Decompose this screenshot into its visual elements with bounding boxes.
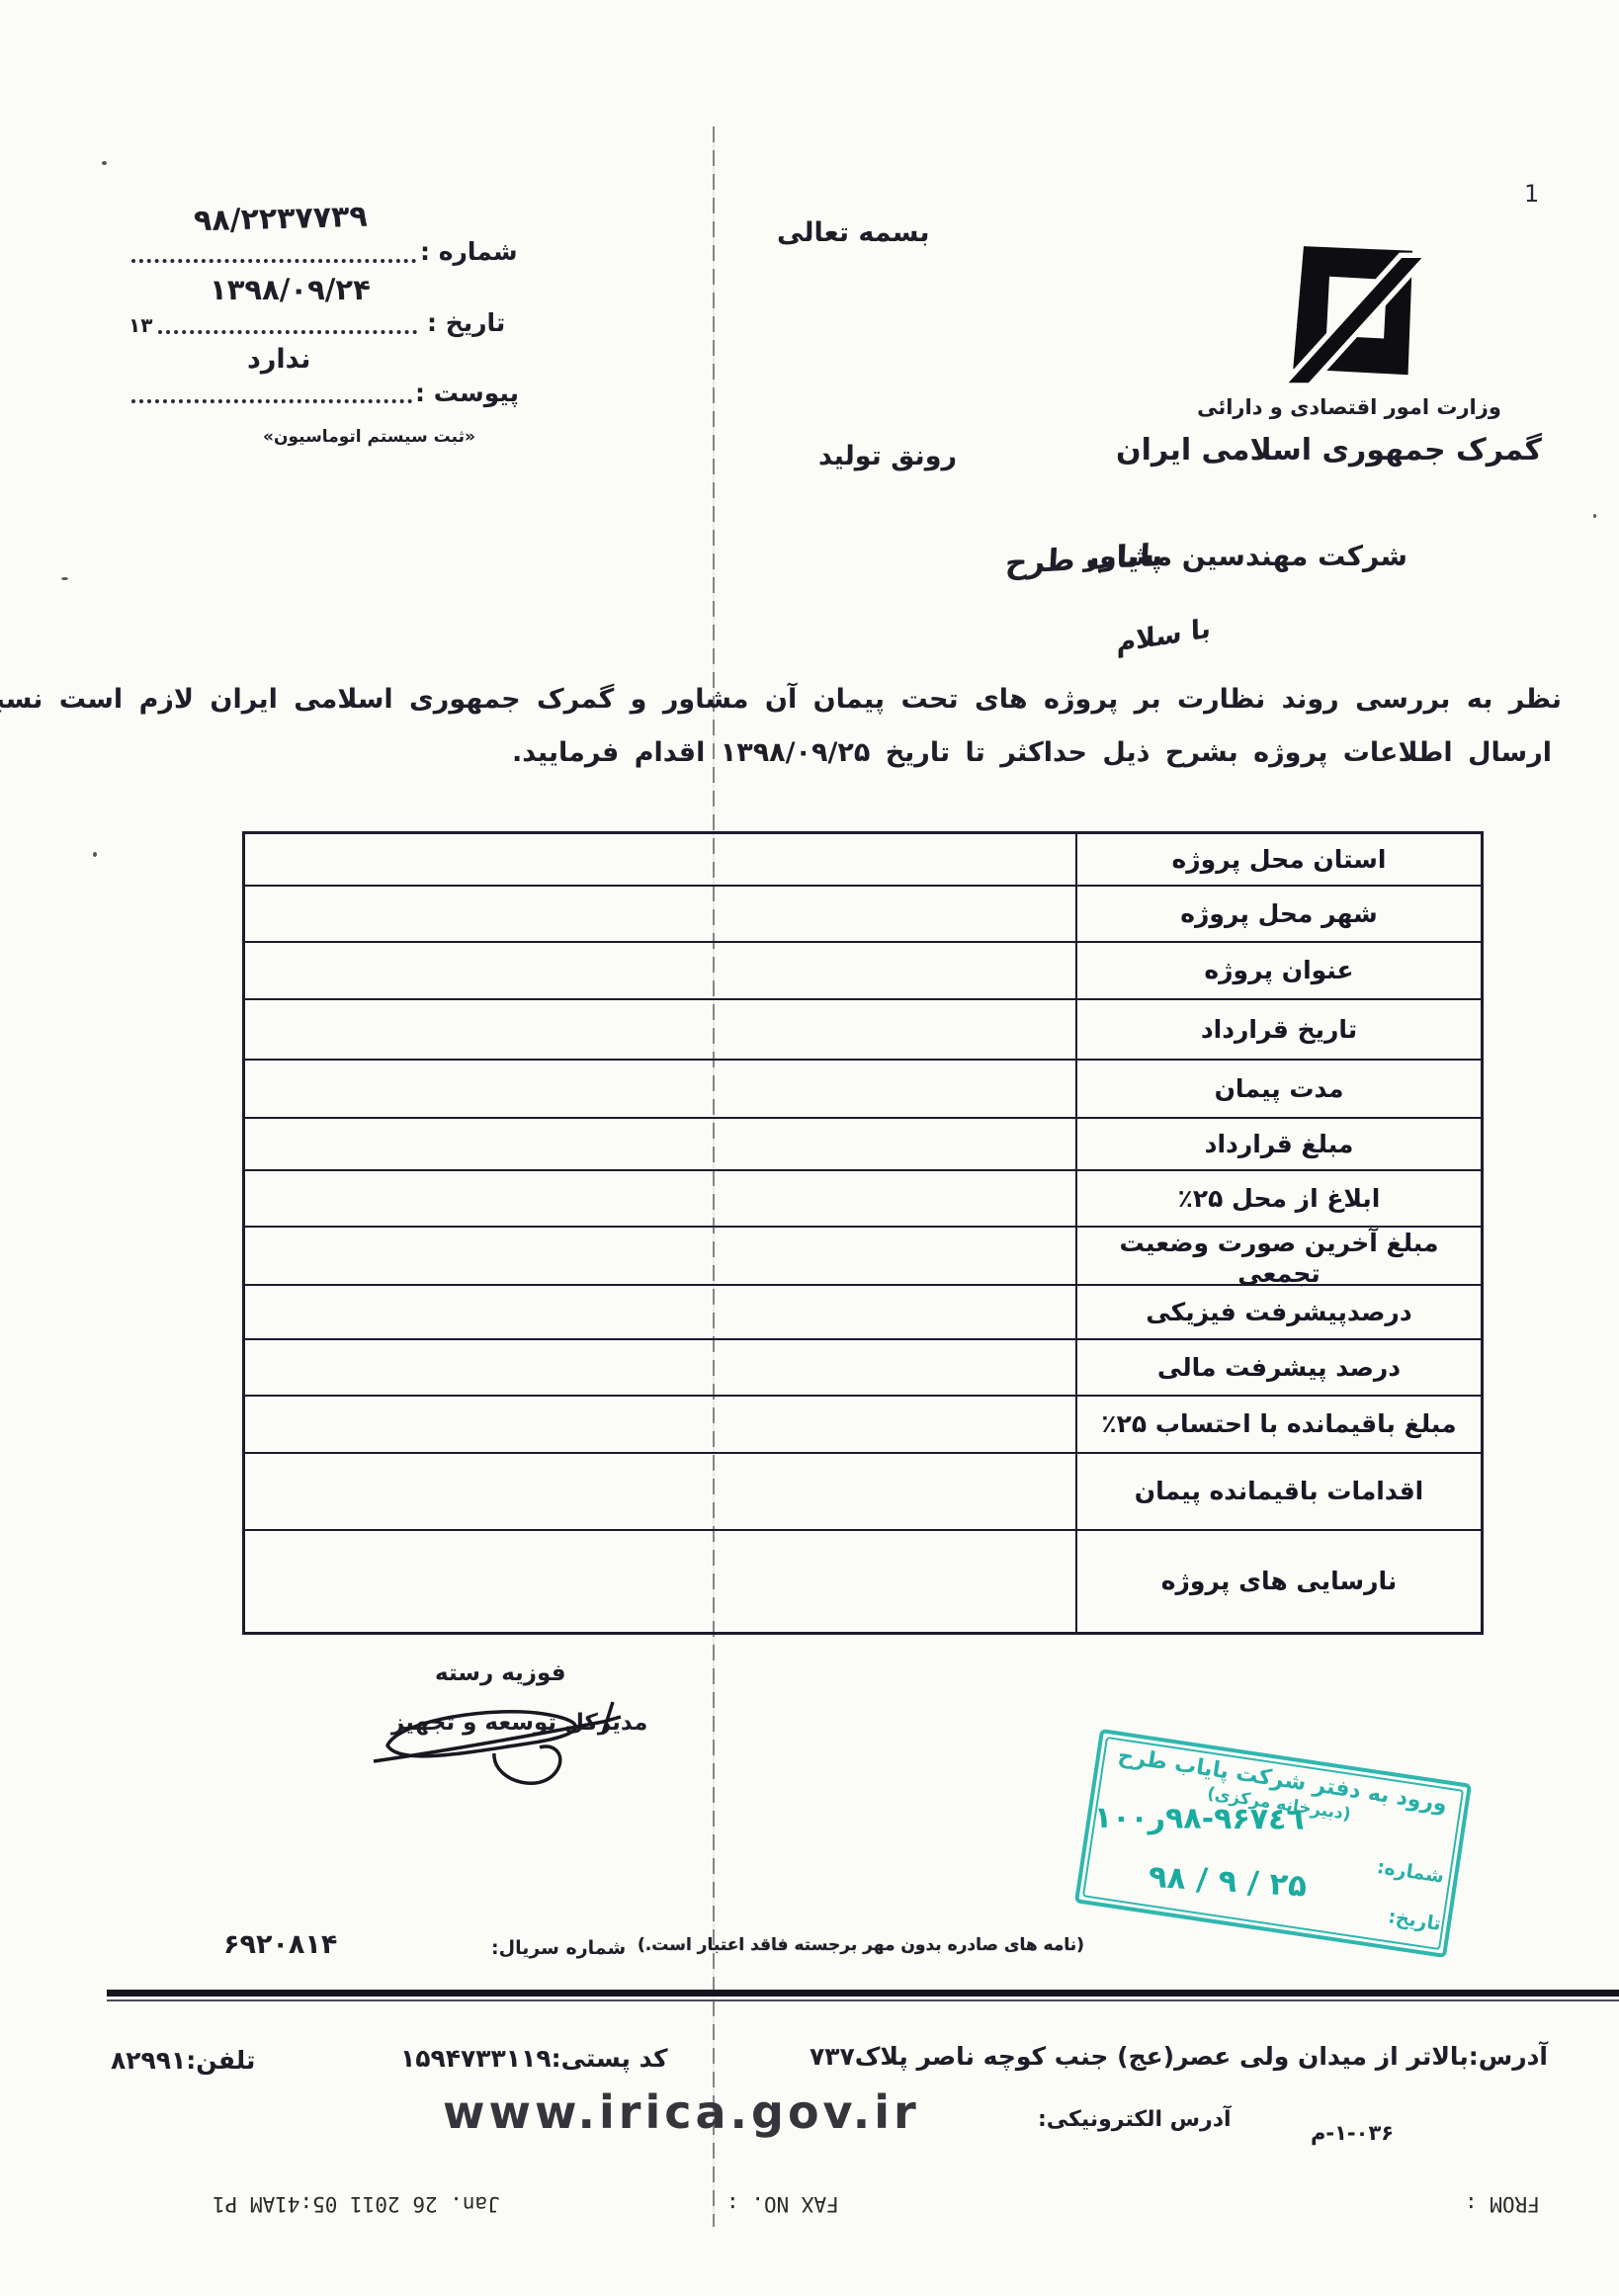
- greeting-handwritten: با سلام: [1117, 613, 1212, 658]
- table-row-label: اقدامات باقیمانده پیمان: [1075, 1454, 1481, 1529]
- recipient-handwritten-name: پایاب طرح: [1004, 538, 1163, 581]
- table-row: اقدامات باقیمانده پیمان: [245, 1452, 1481, 1529]
- table-row: عنوان پروژه: [245, 941, 1481, 998]
- scanned-letter-page: 1 ۹۸/۲۲۳۷۷۳۹ شماره : ۱۳۹۸/۰۹/۲۴ تاریخ : …: [0, 0, 1619, 2296]
- project-info-table: استان محل پروژه شهر محل پروژه عنوان پروژ…: [242, 831, 1484, 1635]
- footer-phone: تلفن:۸۲۹۹۱: [111, 2046, 255, 2075]
- table-row: درصد پیشرفت مالی: [245, 1338, 1481, 1395]
- table-row: ابلاغ از محل ۲۵٪: [245, 1169, 1481, 1226]
- table-cell-value: [245, 834, 1075, 885]
- table-row-label: درصد پیشرفت مالی: [1075, 1340, 1481, 1395]
- fax-timestamp: Jan. 26 2011 05:41AM P1: [213, 2192, 500, 2216]
- scan-speck: [61, 577, 68, 580]
- table-row: نارسایی های پروژه: [245, 1529, 1481, 1632]
- table-row-label: مبلغ باقیمانده با احتساب ۲۵٪: [1075, 1397, 1481, 1452]
- table-cell-value: [245, 1119, 1075, 1169]
- table-row: درصدپیشرفت فیزیکی: [245, 1284, 1481, 1338]
- table-row-label: عنوان پروژه: [1075, 943, 1481, 998]
- table-row: مبلغ باقیمانده با احتساب ۲۵٪: [245, 1395, 1481, 1452]
- table-cell-value: [245, 1286, 1075, 1338]
- letter-date-value: ۱۳۹۸/۰۹/۲۴: [210, 273, 371, 306]
- page-corner-mark: 1: [1524, 180, 1539, 208]
- number-dotted-line: [131, 259, 416, 263]
- table-cell-value: [245, 887, 1075, 941]
- table-cell-value: [245, 1531, 1075, 1632]
- fax-from-label: FROM :: [1465, 2192, 1540, 2216]
- embossed-seal-validity-note: (نامه های صادره بدون مهر برجسته فاقد اعت…: [638, 1935, 1084, 1955]
- slogan-text: رونق تولید: [818, 441, 957, 471]
- table-row-label: استان محل پروژه: [1075, 834, 1481, 885]
- table-row-label: ابلاغ از محل ۲۵٪: [1075, 1171, 1481, 1226]
- attachment-label: پیوست :: [415, 379, 519, 407]
- table-row-label: مبلغ قرارداد: [1075, 1119, 1481, 1169]
- letter-number-label: شماره :: [420, 237, 518, 266]
- footer-divider-rule-shadow: [107, 1999, 1619, 2001]
- handwritten-signature: [344, 1682, 660, 1815]
- scan-speck: [93, 852, 97, 857]
- bismillah-text: بسمه تعالی: [777, 217, 929, 248]
- table-row-label: شهر محل پروژه: [1075, 887, 1481, 941]
- footer-email-label: آدرس الکترونیکی:: [1038, 2107, 1232, 2132]
- footer-website-url: www.irica.gov.ir: [443, 2085, 920, 2139]
- scan-speck: [102, 161, 107, 165]
- ministry-name: وزارت امور اقتصادی و دارائی: [1191, 395, 1507, 419]
- footer-address: آدرس:بالاتر از میدان ولی عصر(عج) جنب کوچ…: [809, 2042, 1548, 2071]
- table-row: مبلغ آخرین صورت وضعیت تجمعی: [245, 1226, 1481, 1284]
- table-cell-value: [245, 943, 1075, 998]
- body-line-2: ارسال اطلاعات پروژه بشرح ذیل حداکثر تا ت…: [512, 737, 1552, 768]
- scan-speck: [1593, 514, 1596, 518]
- attachment-dotted-line: [131, 399, 412, 403]
- table-row: مدت پیمان: [245, 1059, 1481, 1117]
- customs-logo-icon: [1276, 237, 1434, 392]
- table-cell-value: [245, 1454, 1075, 1529]
- fax-number-label: FAX NO. :: [726, 2192, 839, 2216]
- table-row-label: درصدپیشرفت فیزیکی: [1075, 1286, 1481, 1338]
- table-cell-value: [245, 1228, 1075, 1290]
- table-row-label: مدت پیمان: [1075, 1061, 1481, 1117]
- table-cell-value: [245, 1397, 1075, 1452]
- footer-form-code: م-۱-۰۳۶: [1311, 2121, 1394, 2145]
- table-row: شهر محل پروژه: [245, 885, 1481, 941]
- table-cell-value: [245, 1000, 1075, 1059]
- organization-name: گمرک جمهوری اسلامی ایران: [1147, 433, 1542, 468]
- automation-registration-note: «ثبت سیستم اتوماسیون»: [263, 427, 475, 447]
- date-dotted-line: [158, 330, 417, 334]
- footer-divider-rule: [107, 1990, 1619, 1997]
- letter-number-value: ۹۸/۲۲۳۷۷۳۹: [194, 200, 369, 239]
- table-row-label: تاریخ قرارداد: [1075, 1000, 1481, 1059]
- footer-postal-code: کد پستی:۱۵۹۴۷۳۳۱۱۹: [400, 2044, 668, 2073]
- date-printed-prefix: ۱۳: [128, 313, 152, 337]
- table-cell-value: [245, 1061, 1075, 1117]
- letter-date-label: تاریخ :: [427, 308, 505, 337]
- attachment-value: ندارد: [247, 344, 310, 375]
- table-row: مبلغ قرارداد: [245, 1117, 1481, 1169]
- table-row-label: نارسایی های پروژه: [1075, 1531, 1481, 1632]
- body-line-1: نظر به بررسی روند نظارت بر پروژه های تحت…: [0, 684, 1562, 715]
- table-row: تاریخ قرارداد: [245, 998, 1481, 1059]
- serial-number-value: ۶۹۲۰۸۱۴: [223, 1929, 337, 1960]
- stamp-number-handwritten: ۱۰۰ر۹۸-۹۶۷٤٦: [1094, 1801, 1305, 1837]
- company-entry-stamp: ورود به دفتر شرکت پایاب طرح (دبیرخانه مر…: [1074, 1729, 1472, 1958]
- table-cell-value: [245, 1340, 1075, 1395]
- table-row: استان محل پروژه: [245, 834, 1481, 885]
- serial-number-label: شماره سریال:: [491, 1937, 626, 1959]
- table-cell-value: [245, 1171, 1075, 1226]
- table-row-label: مبلغ آخرین صورت وضعیت تجمعی: [1075, 1228, 1481, 1290]
